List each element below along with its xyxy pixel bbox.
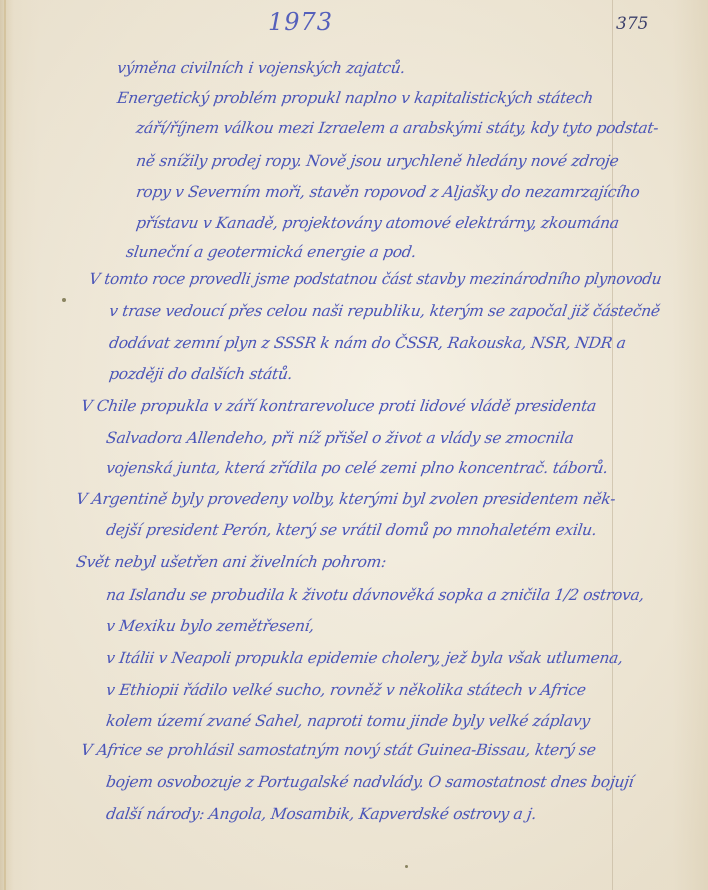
year-heading: 1973: [268, 8, 333, 36]
handwritten-line: v trase vedoucí přes celou naši republik…: [108, 302, 661, 320]
handwritten-line: září/říjnem válkou mezi Izraelem a arabs…: [135, 119, 660, 137]
handwritten-line: vojenská junta, která zřídila po celé ze…: [105, 459, 609, 477]
handwritten-line: dodávat zemní plyn z SSSR k nám do ČSSR,…: [108, 334, 627, 352]
handwritten-line: v Itálii v Neapoli propukla epidemie cho…: [105, 649, 624, 667]
handwritten-line: V Chile propukla v září kontrarevoluce p…: [80, 397, 597, 415]
handwritten-line: později do dalších států.: [108, 365, 294, 383]
handwritten-line: sluneční a geotermická energie a pod.: [125, 243, 417, 261]
page-edge: [4, 0, 6, 890]
handwritten-line: v Ethiopii řádilo velké sucho, rovněž v …: [105, 681, 587, 699]
handwritten-line: dejší president Perón, který se vrátil d…: [105, 521, 598, 539]
handwritten-line: kolem území zvané Sahel, naproti tomu ji…: [105, 712, 591, 730]
page-number: 375: [616, 14, 648, 34]
handwritten-line: ně snížily prodej ropy. Nově jsou urychl…: [135, 152, 620, 170]
handwritten-line: Svět nebyl ušetřen ani živelních pohrom:: [75, 553, 387, 571]
handwritten-line: Salvadora Allendeho, při níž přišel o ži…: [105, 429, 575, 447]
handwritten-line: ropy v Severním moři, stavěn ropovod z A…: [135, 183, 641, 201]
handwritten-line: V Africe se prohlásil samostatným nový s…: [80, 741, 597, 759]
handwritten-line: přístavu v Kanadě, projektovány atomové …: [135, 214, 620, 232]
handwritten-line: V Argentině byly provedeny volby, kterým…: [75, 490, 617, 508]
handwritten-line: bojem osvobozuje z Portugalské nadvlády.…: [105, 773, 635, 791]
handwritten-line: Energetický problém propukl naplno v kap…: [116, 89, 594, 107]
handwritten-line: V tomto roce provedli jsme podstatnou čá…: [88, 270, 663, 288]
handwritten-line: výměna civilních i vojenských zajatců.: [116, 59, 406, 77]
paper-speck: [62, 298, 66, 302]
paper-speck: [405, 865, 408, 868]
document-page: 1973 375 výměna civilních i vojenských z…: [0, 0, 708, 890]
handwritten-line: v Mexiku bylo zemětřesení,: [105, 617, 315, 635]
handwritten-line: na Islandu se probudila k životu dávnově…: [105, 586, 645, 604]
handwritten-line: další národy: Angola, Mosambik, Kapverds…: [105, 805, 538, 823]
